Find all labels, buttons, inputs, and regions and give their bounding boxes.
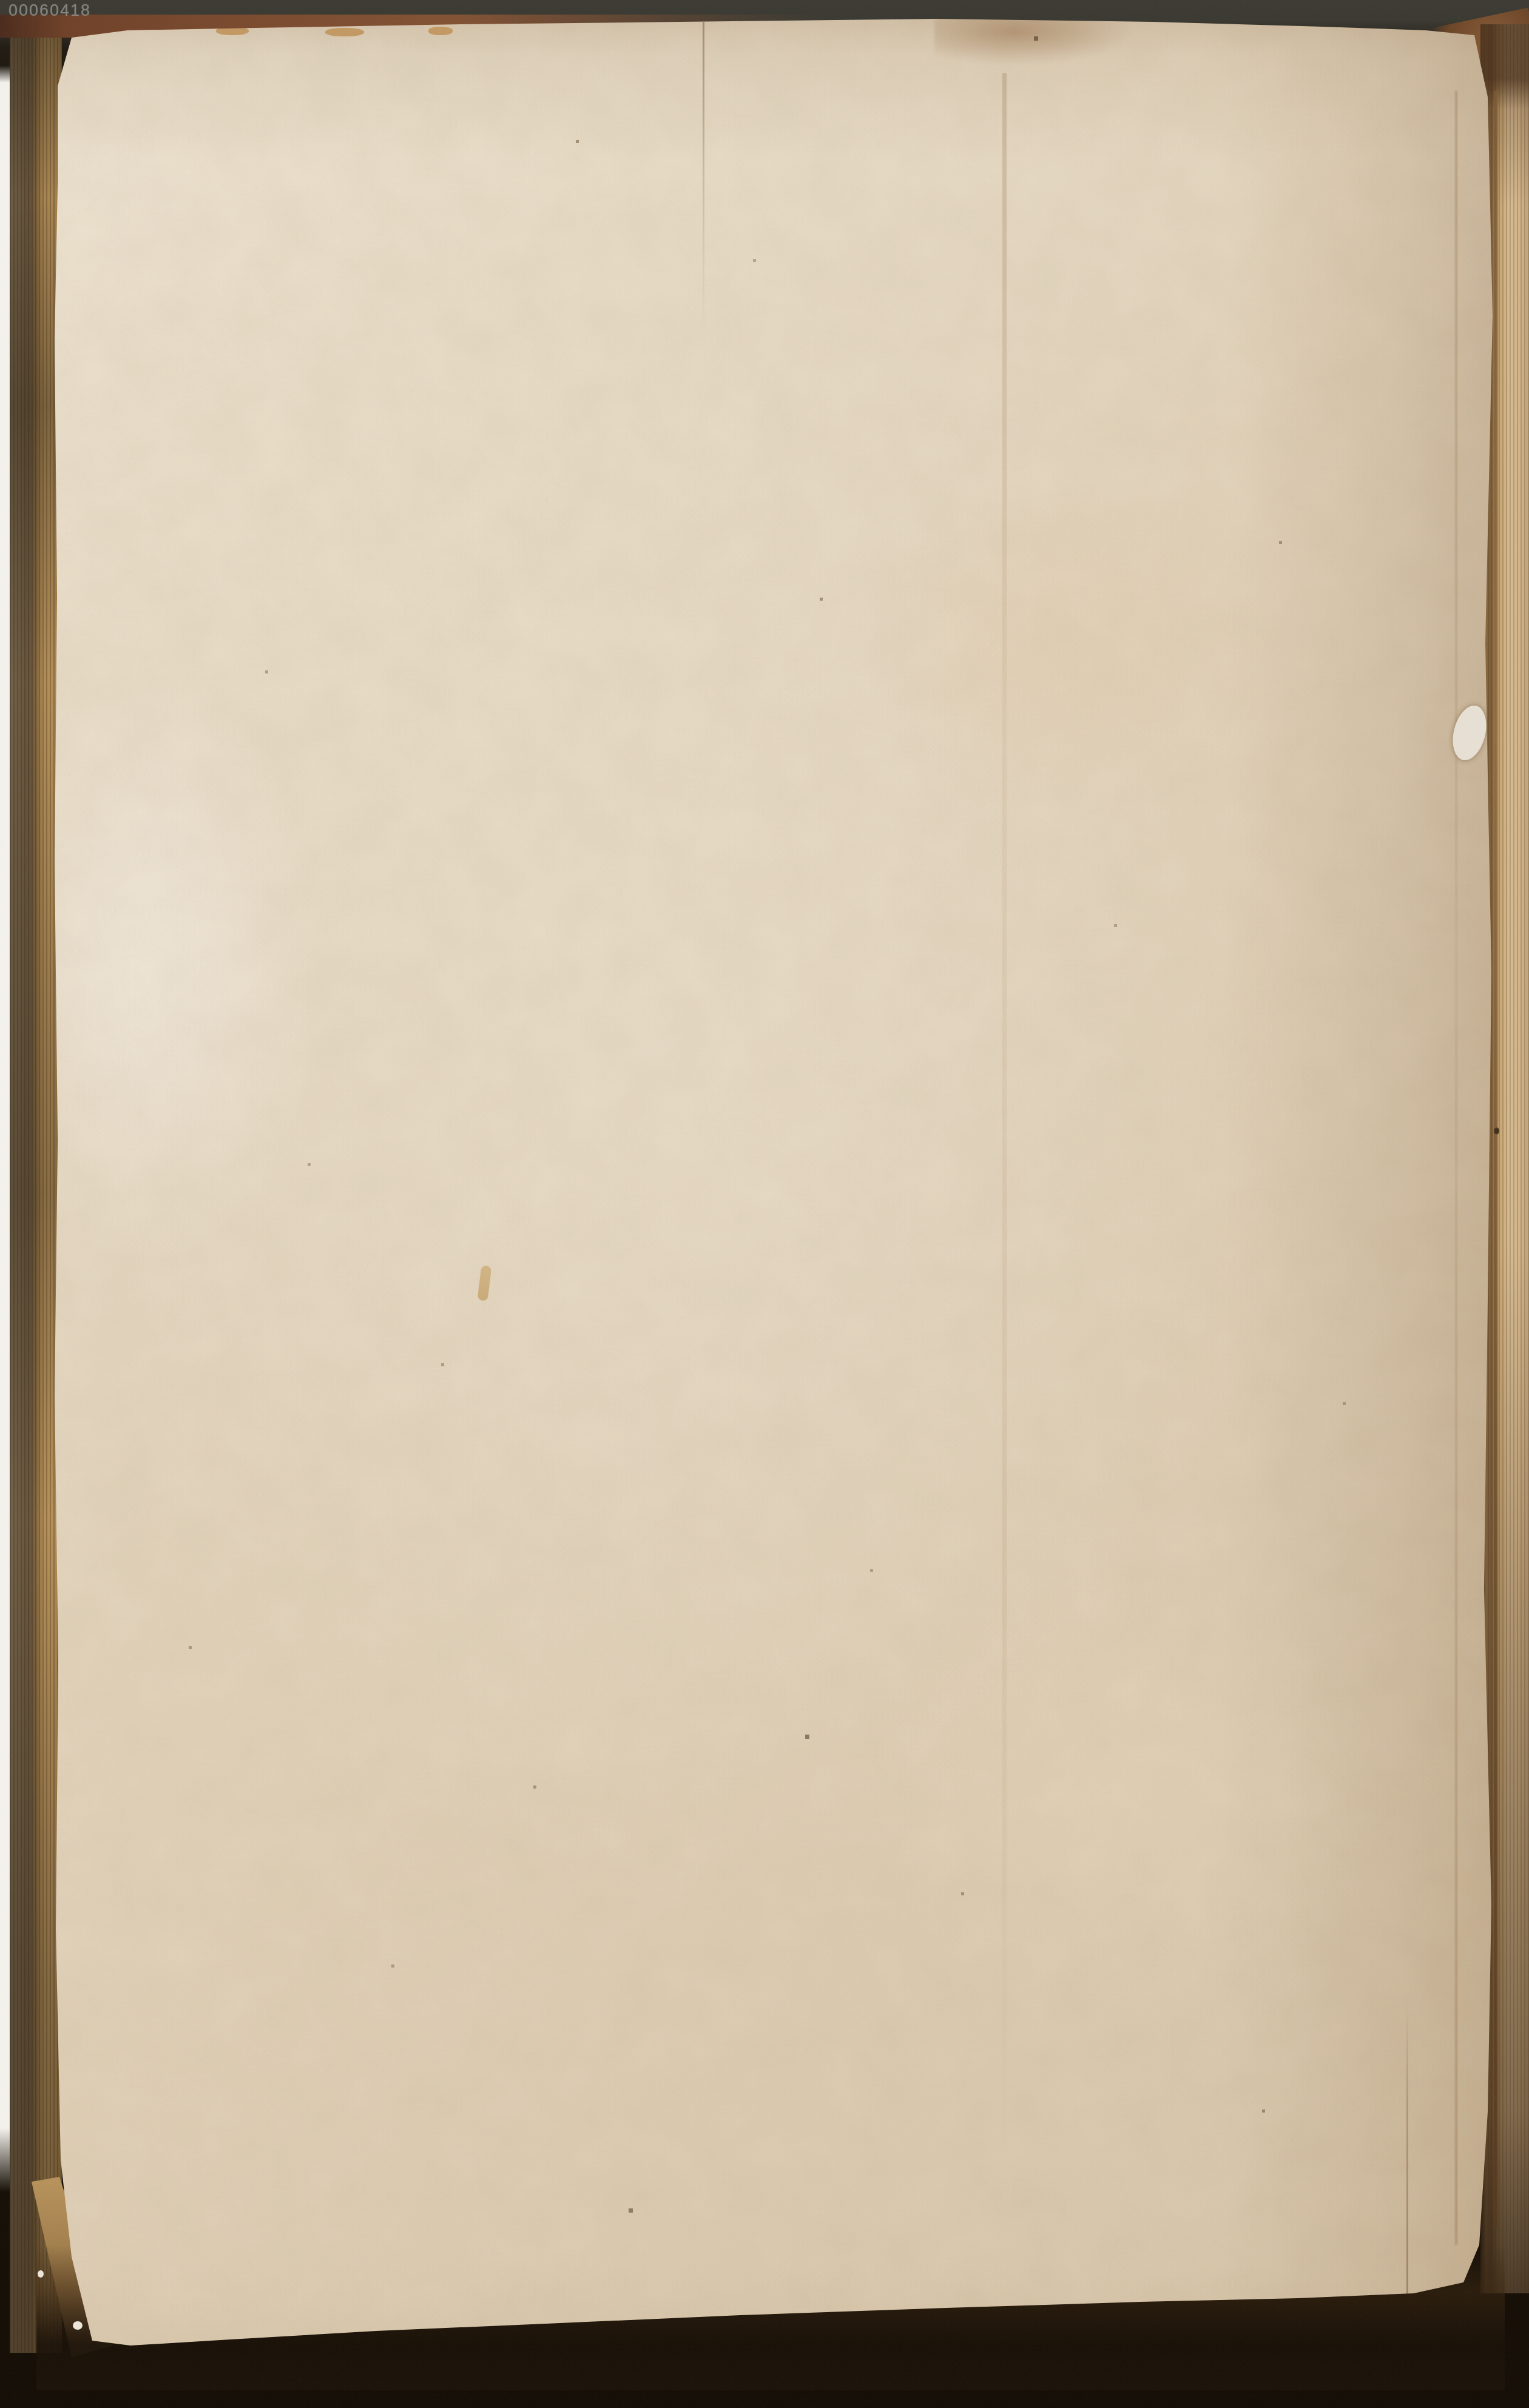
wormhole-dot [1494, 1127, 1499, 1135]
top-edge-chip [428, 27, 453, 35]
book-scan: 00060418 [0, 0, 1529, 2408]
stain-mark [934, 17, 1135, 66]
page-crease-line [1406, 2002, 1408, 2299]
top-edge-chip [325, 28, 364, 36]
paper-mottle-texture [0, 0, 1529, 2408]
torn-paper-flap [1448, 702, 1492, 764]
paper-chip [38, 2270, 44, 2278]
paper-chip [73, 2321, 83, 2330]
page-crease-line [1002, 73, 1007, 2184]
page-crease-line [1455, 91, 1457, 2245]
page-edge-stack-left [10, 35, 62, 2353]
blank-book-page [0, 0, 1529, 2408]
scan-id-watermark: 00060418 [8, 1, 91, 20]
page-crease-line [703, 22, 704, 337]
stain-mark [478, 1265, 492, 1301]
fore-edge-seam-line [1494, 91, 1497, 2227]
foxing-specks [0, 0, 2, 2]
